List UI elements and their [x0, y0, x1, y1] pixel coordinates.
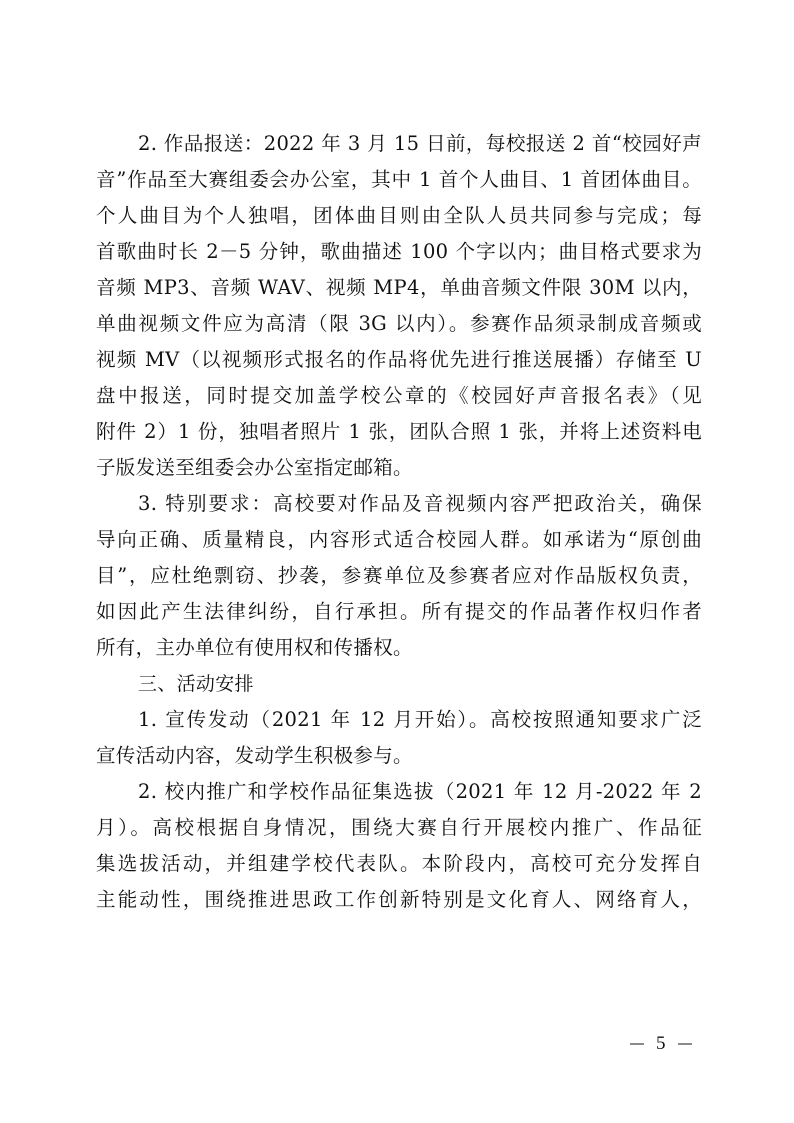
document-body: 2. 作品报送：2022 年 3 月 15 日前，每校报送 2 首“校园好声 音… — [96, 126, 702, 918]
text-line: 个人曲目为个人独唱，团体曲目则由全队人员共同参与完成；每 — [96, 198, 702, 234]
text-line: 音频 MP3、音频 WAV、视频 MP4，单曲音频文件限 30M 以内， — [96, 270, 702, 306]
text-line: 宣传活动内容，发动学生积极参与。 — [96, 738, 702, 774]
text-line: 目”，应杜绝剽窃、抄袭，参赛单位及参赛者应对作品版权负责， — [96, 558, 702, 594]
dash-right-icon — [678, 1043, 692, 1045]
text-line: 所有，主办单位有使用权和传播权。 — [96, 630, 702, 666]
document-page: 2. 作品报送：2022 年 3 月 15 日前，每校报送 2 首“校园好声 音… — [0, 0, 794, 1123]
paragraph-item-3-special-requirements: 3. 特别要求：高校要对作品及音视频内容严把政治关，确保 导向正确、质量精良，内… — [96, 486, 702, 666]
text-line: 如因此产生法律纠纷，自行承担。所有提交的作品著作权归作者 — [96, 594, 702, 630]
page-number: 5 — [630, 1032, 692, 1056]
text-line: 盘中报送，同时提交加盖学校公章的《校园好声音报名表》（见 — [96, 378, 702, 414]
paragraph-schedule-2-selection: 2. 校内推广和学校作品征集选拔（2021 年 12 月-2022 年 2 月）… — [96, 774, 702, 918]
text-line: 首歌曲时长 2－5 分钟，歌曲描述 100 个字以内；曲目格式要求为 — [96, 234, 702, 270]
paragraph-item-2-submission: 2. 作品报送：2022 年 3 月 15 日前，每校报送 2 首“校园好声 音… — [96, 126, 702, 486]
text-line: 1. 宣传发动（2021 年 12 月开始）。高校按照通知要求广泛 — [96, 702, 702, 738]
dash-left-icon — [630, 1043, 644, 1045]
text-line: 音”作品至大赛组委会办公室，其中 1 首个人曲目、1 首团体曲目。 — [96, 162, 702, 198]
text-line: 集选拔活动，并组建学校代表队。本阶段内，高校可充分发挥自 — [96, 846, 702, 882]
text-line: 3. 特别要求：高校要对作品及音视频内容严把政治关，确保 — [96, 486, 702, 522]
text-line: 2. 校内推广和学校作品征集选拔（2021 年 12 月-2022 年 2 — [96, 774, 702, 810]
paragraph-schedule-1-promotion: 1. 宣传发动（2021 年 12 月开始）。高校按照通知要求广泛 宣传活动内容… — [96, 702, 702, 774]
text-line: 单曲视频文件应为高清（限 3G 以内）。参赛作品须录制成音频或 — [96, 306, 702, 342]
text-line: 月）。高校根据自身情况，围绕大赛自行开展校内推广、作品征 — [96, 810, 702, 846]
text-line: 子版发送至组委会办公室指定邮箱。 — [96, 450, 702, 486]
text-line: 附件 2）1 份，独唱者照片 1 张，团队合照 1 张，并将上述资料电 — [96, 414, 702, 450]
section-heading: 三、活动安排 — [96, 666, 702, 702]
text-line: 导向正确、质量精良，内容形式适合校园人群。如承诺为“原创曲 — [96, 522, 702, 558]
text-line: 视频 MV（以视频形式报名的作品将优先进行推送展播）存储至 U — [96, 342, 702, 378]
text-line: 主能动性，围绕推进思政工作创新特别是文化育人、网络育人， — [96, 882, 702, 918]
text-line: 2. 作品报送：2022 年 3 月 15 日前，每校报送 2 首“校园好声 — [96, 126, 702, 162]
page-number-value: 5 — [656, 1032, 666, 1056]
